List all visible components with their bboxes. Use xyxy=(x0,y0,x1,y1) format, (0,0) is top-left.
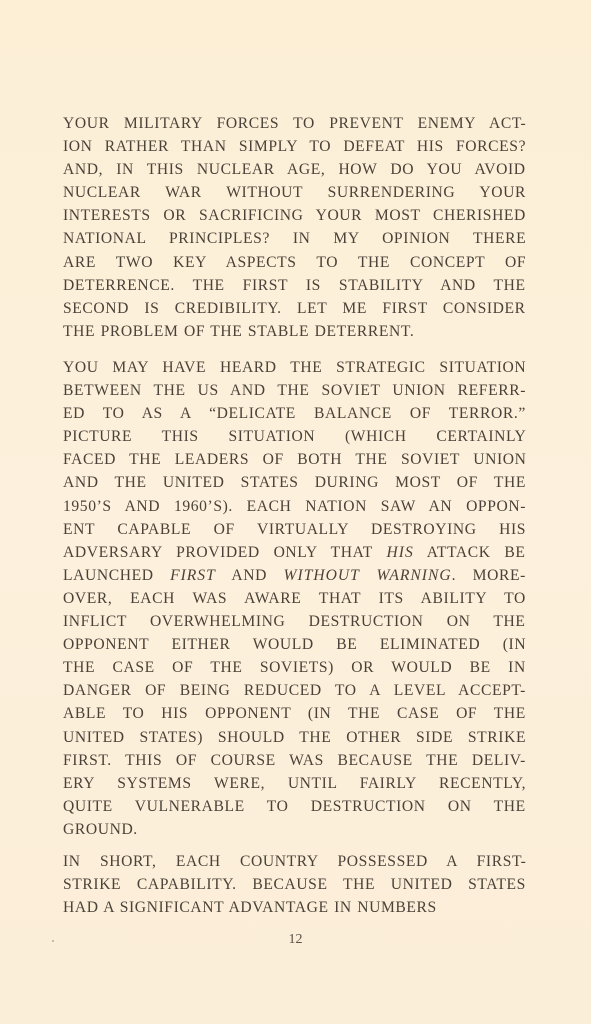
text-line: THE PROBLEM OF THE STABLE DETERRENT. xyxy=(63,320,526,343)
italic-emphasis: FIRST xyxy=(170,567,216,584)
text-line: ARE TWO KEY ASPECTS TO THE CONCEPT OF xyxy=(63,251,526,274)
text-segment: ADVERSARY PROVIDED ONLY THAT xyxy=(63,544,386,561)
text-segment: LAUNCHED xyxy=(63,567,170,584)
text-line: NUCLEAR WAR WITHOUT SURRENDERING YOUR xyxy=(63,181,526,204)
text-line: NATIONAL PRINCIPLES? IN MY OPINION THERE xyxy=(63,227,526,250)
text-line: ENT CAPABLE OF VIRTUALLY DESTROYING HIS xyxy=(63,518,526,541)
text-line: ADVERSARY PROVIDED ONLY THAT HIS ATTACK … xyxy=(63,541,526,564)
text-line: FIRST. THIS OF COURSE WAS BECAUSE THE DE… xyxy=(63,749,526,772)
text-line: DETERRENCE. THE FIRST IS STABILITY AND T… xyxy=(63,274,526,297)
text-line: QUITE VULNERABLE TO DESTRUCTION ON THE xyxy=(63,795,526,818)
page-number: 12 xyxy=(0,932,591,948)
text-line: INFLICT OVERWHELMING DESTRUCTION ON THE xyxy=(63,610,526,633)
text-line: ERY SYSTEMS WERE, UNTIL FAIRLY RECENTLY, xyxy=(63,772,526,795)
text-line: ABLE TO HIS OPPONENT (IN THE CASE OF THE xyxy=(63,702,526,725)
text-segment: . MORE- xyxy=(452,567,526,584)
text-line: ED TO AS A “DELICATE BALANCE OF TERROR.” xyxy=(63,402,526,425)
text-line: SECOND IS CREDIBILITY. LET ME FIRST CONS… xyxy=(63,297,526,320)
text-line: DANGER OF BEING REDUCED TO A LEVEL ACCEP… xyxy=(63,679,526,702)
italic-emphasis: WITHOUT WARNING xyxy=(284,567,452,584)
text-line: THE CASE OF THE SOVIETS) OR WOULD BE IN xyxy=(63,656,526,679)
text-line: FACED THE LEADERS OF BOTH THE SOVIET UNI… xyxy=(63,448,526,471)
text-line: BETWEEN THE US AND THE SOVIET UNION REFE… xyxy=(63,379,526,402)
scanned-page: YOUR MILITARY FORCES TO PREVENT ENEMY AC… xyxy=(0,0,591,1024)
paper-speck xyxy=(52,940,54,942)
italic-emphasis: HIS xyxy=(386,544,413,561)
text-line: YOU MAY HAVE HEARD THE STRATEGIC SITUATI… xyxy=(63,356,526,379)
text-line: AND, IN THIS NUCLEAR AGE, HOW DO YOU AVO… xyxy=(63,158,526,181)
text-line: LAUNCHED FIRST AND WITHOUT WARNING. MORE… xyxy=(63,564,526,587)
text-line: OPPONENT EITHER WOULD BE ELIMINATED (IN xyxy=(63,633,526,656)
text-line: INTERESTS OR SACRIFICING YOUR MOST CHERI… xyxy=(63,204,526,227)
text-line: HAD A SIGNIFICANT ADVANTAGE IN NUMBERS xyxy=(63,896,526,919)
text-segment: AND xyxy=(216,567,284,584)
text-line: YOUR MILITARY FORCES TO PREVENT ENEMY AC… xyxy=(63,112,526,135)
text-segment: ATTACK BE xyxy=(414,544,526,561)
text-line: OVER, EACH WAS AWARE THAT ITS ABILITY TO xyxy=(63,587,526,610)
text-line: IN SHORT, EACH COUNTRY POSSESSED A FIRST… xyxy=(63,850,526,873)
paragraph-1: YOUR MILITARY FORCES TO PREVENT ENEMY AC… xyxy=(63,112,526,343)
text-line: STRIKE CAPABILITY. BECAUSE THE UNITED ST… xyxy=(63,873,526,896)
text-line: PICTURE THIS SITUATION (WHICH CERTAINLY xyxy=(63,425,526,448)
text-line: 1950’S AND 1960’S). EACH NATION SAW AN O… xyxy=(63,495,526,518)
paragraph-2: YOU MAY HAVE HEARD THE STRATEGIC SITUATI… xyxy=(63,356,526,841)
text-line: GROUND. xyxy=(63,818,526,841)
text-line: AND THE UNITED STATES DURING MOST OF THE xyxy=(63,471,526,494)
paragraph-3: IN SHORT, EACH COUNTRY POSSESSED A FIRST… xyxy=(63,850,526,919)
text-line: UNITED STATES) SHOULD THE OTHER SIDE STR… xyxy=(63,726,526,749)
text-line: ION RATHER THAN SIMPLY TO DEFEAT HIS FOR… xyxy=(63,135,526,158)
